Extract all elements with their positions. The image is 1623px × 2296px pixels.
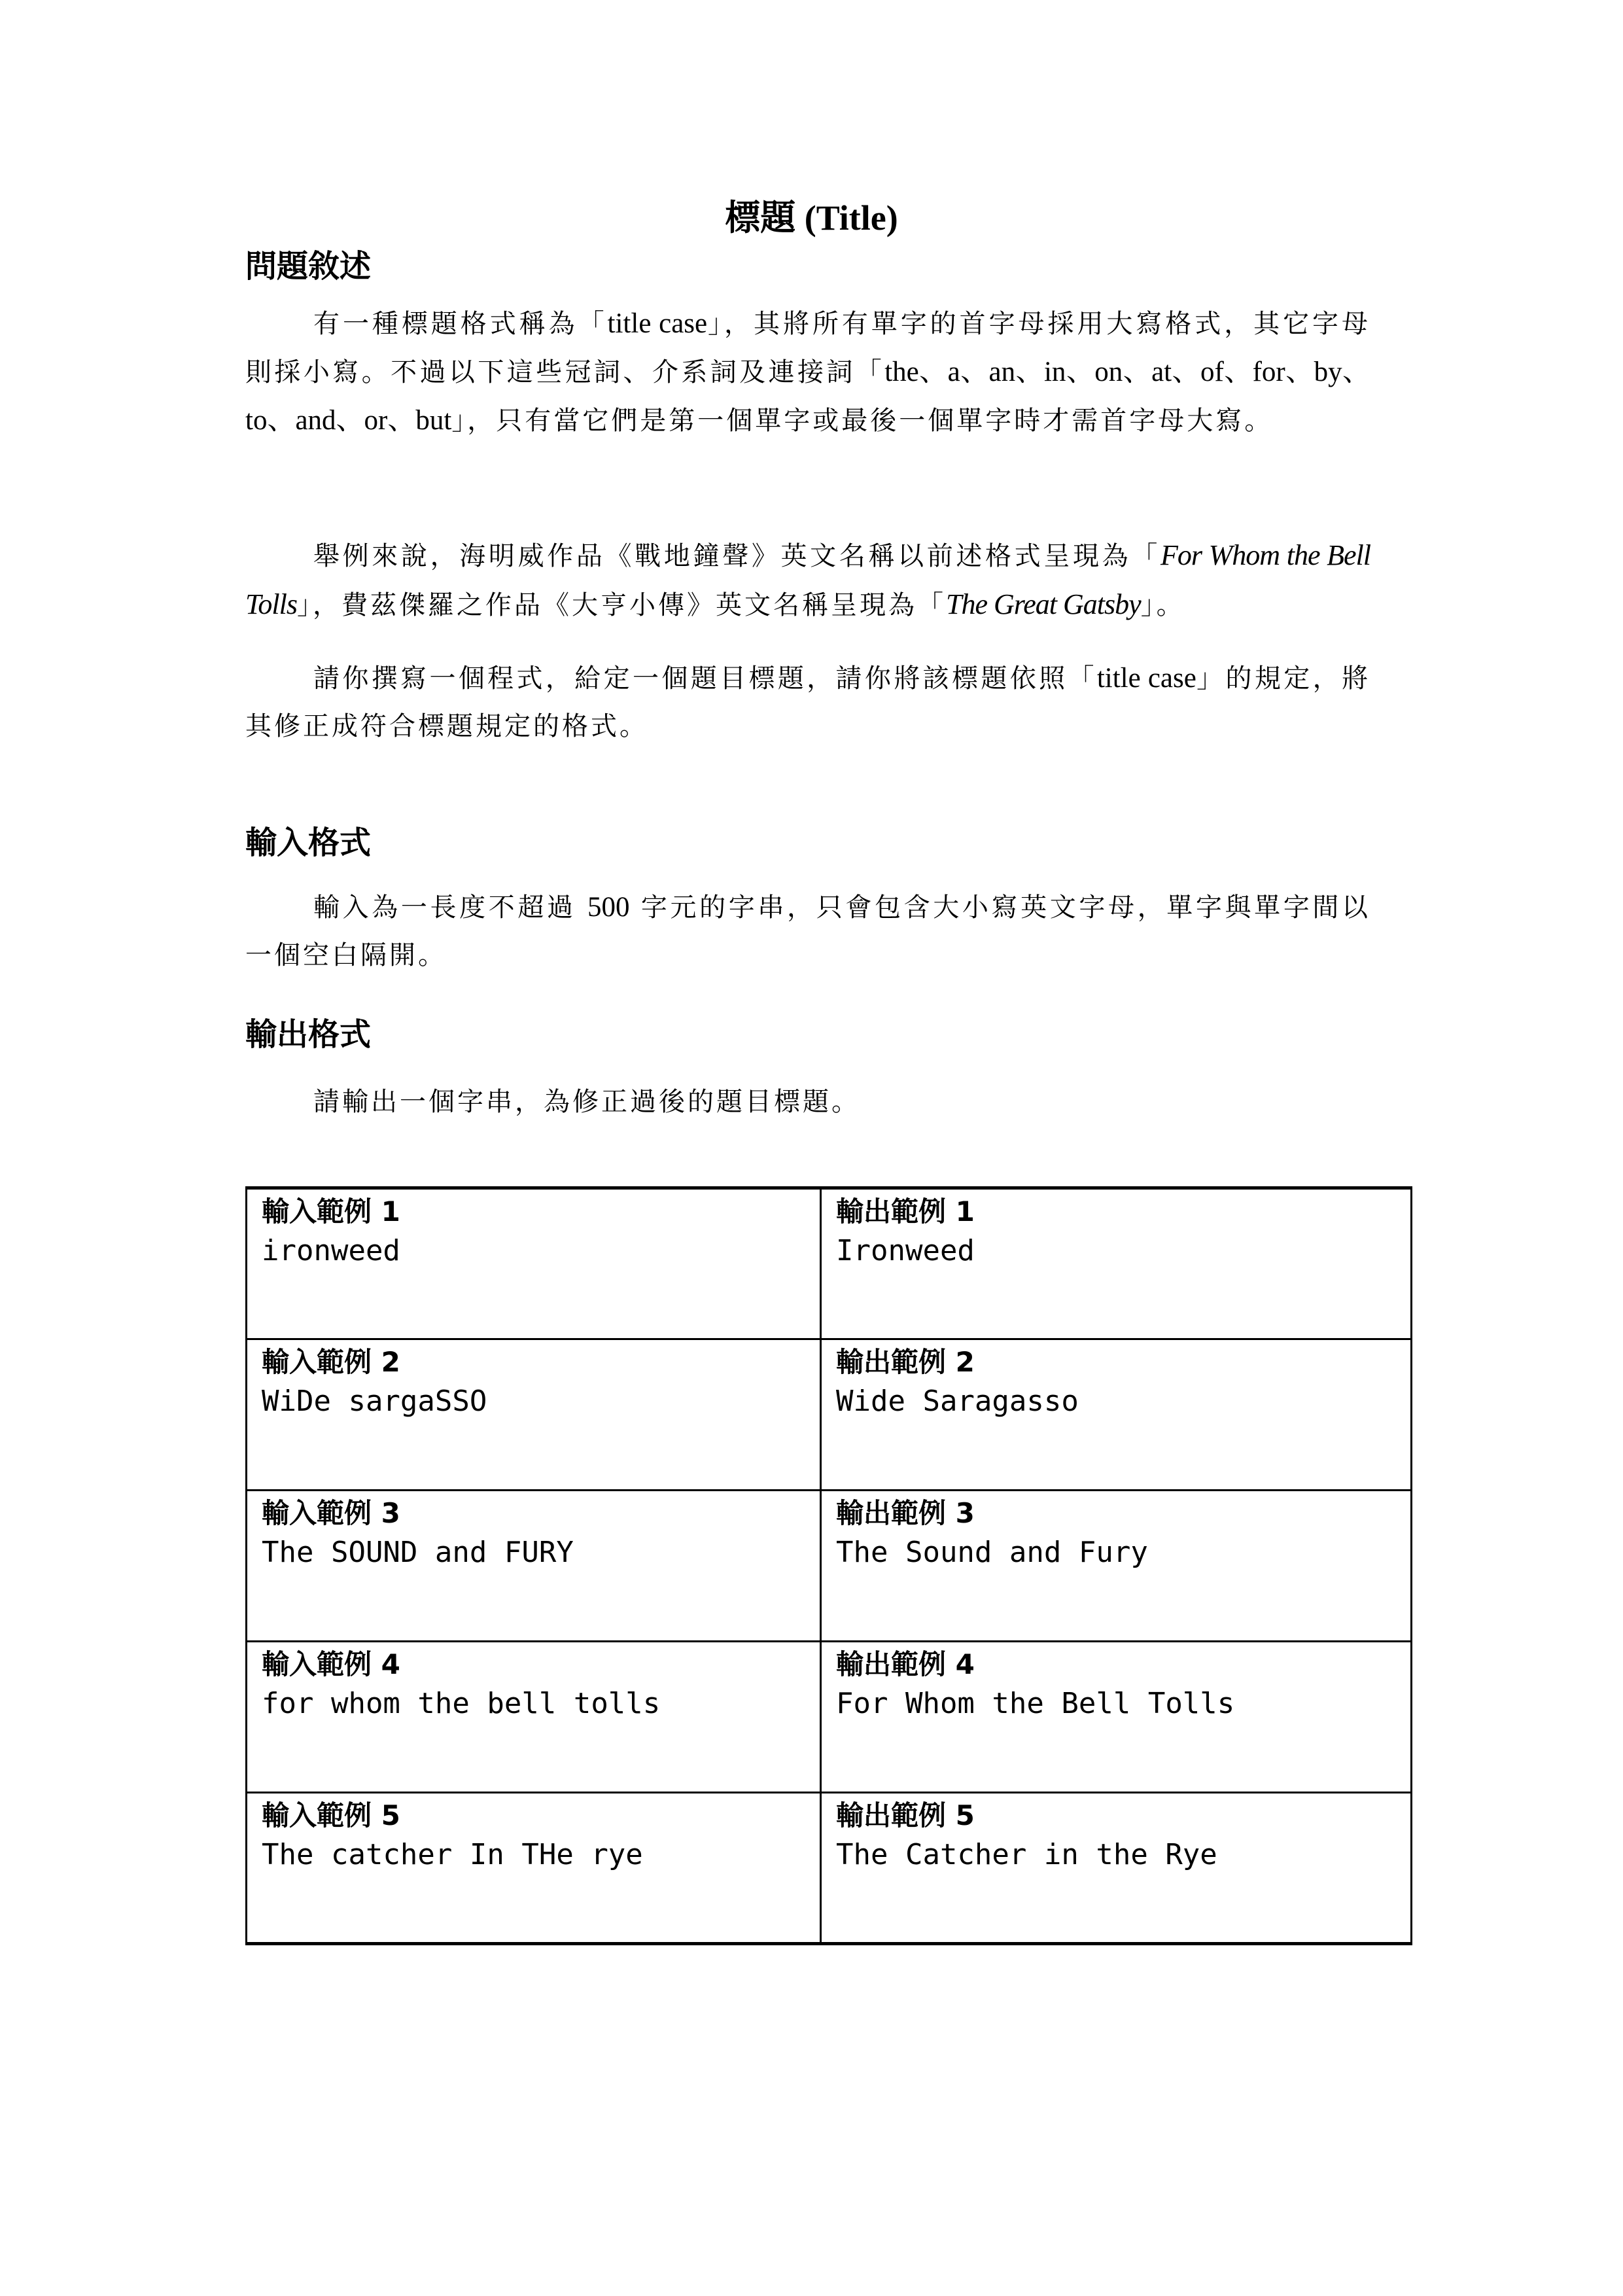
output-format-text: 請輸出一個字串，為修正過後的題目標題。 (245, 1078, 1370, 1126)
sample-input-label: 輸入範例 4 (262, 1646, 805, 1683)
table-row: 輸入範例 1 ironweed 輸出範例 1 Ironweed (247, 1188, 1412, 1339)
text-run-title-case: title case (608, 308, 708, 339)
input-format-text: 輸入為一長度不超過 500 字元的字串，只會包含大小寫英文字母，單字與單字間以一… (245, 883, 1370, 980)
text-run: 舉例來說，海明威作品《戰地鐘聲》英文名稱以前述格式呈現為「 (313, 541, 1161, 571)
sample-input-label: 輸入範例 5 (262, 1797, 805, 1834)
text-run: 」，費茲傑羅之作品《大亨小傳》英文名稱呈現為「 (297, 590, 946, 620)
description-paragraph-1: 有一種標題格式稱為「title case」，其將所有單字的首字母採用大寫格式，其… (245, 300, 1370, 445)
description-heading: 問題敘述 (245, 247, 371, 286)
sample-input-value: ironweed (262, 1230, 805, 1272)
sample-io-table: 輸入範例 1 ironweed 輸出範例 1 Ironweed 輸入範例 2 W… (245, 1186, 1412, 1945)
italic-book-title: The Great Gatsby (946, 588, 1141, 620)
text-run: 」。 (1141, 590, 1185, 620)
sample-input-label: 輸入範例 1 (262, 1193, 805, 1230)
max-length-value: 500 (587, 892, 630, 923)
sample-output-cell: 輸出範例 4 For Whom the Bell Tolls (821, 1642, 1412, 1793)
text-run: 請你撰寫一個程式，給定一個題目標題，請你將該標題依照「 (313, 663, 1097, 694)
sample-input-value: The SOUND and FURY (262, 1532, 805, 1574)
sample-output-value: Ironweed (836, 1230, 1396, 1272)
sample-output-cell: 輸出範例 3 The Sound and Fury (821, 1491, 1412, 1642)
description-paragraph-3: 請你撰寫一個程式，給定一個題目標題，請你將該標題依照「title case」的規… (245, 654, 1370, 751)
sample-input-value: WiDe sargaSSO (262, 1381, 805, 1422)
sample-output-value: Wide Saragasso (836, 1381, 1396, 1422)
sample-output-label: 輸出範例 3 (836, 1495, 1396, 1532)
sample-output-cell: 輸出範例 2 Wide Saragasso (821, 1339, 1412, 1491)
table-row: 輸入範例 5 The catcher In THe rye 輸出範例 5 The… (247, 1793, 1412, 1944)
text-run-title-case: title case (1097, 663, 1196, 694)
sample-output-value: The Catcher in the Rye (836, 1834, 1396, 1876)
table-row: 輸入範例 3 The SOUND and FURY 輸出範例 3 The Sou… (247, 1491, 1412, 1642)
sample-output-cell: 輸出範例 5 The Catcher in the Rye (821, 1793, 1412, 1944)
description-paragraph-2: 舉例來說，海明威作品《戰地鐘聲》英文名稱以前述格式呈現為「For Whom th… (245, 531, 1370, 629)
text-run: 」，只有當它們是第一個單字或最後一個單字時才需首字母大寫。 (451, 406, 1273, 436)
sample-input-cell: 輸入範例 3 The SOUND and FURY (247, 1491, 821, 1642)
sample-output-label: 輸出範例 1 (836, 1193, 1396, 1230)
sample-output-value: The Sound and Fury (836, 1532, 1396, 1574)
text-run: 輸入為一長度不超過 (313, 892, 576, 923)
sample-input-cell: 輸入範例 5 The catcher In THe rye (247, 1793, 821, 1944)
sample-input-cell: 輸入範例 2 WiDe sargaSSO (247, 1339, 821, 1491)
sample-input-cell: 輸入範例 1 ironweed (247, 1188, 821, 1339)
document-page: 標題 (Title) 問題敘述 有一種標題格式稱為「title case」，其將… (0, 0, 1623, 2296)
sample-output-label: 輸出範例 5 (836, 1797, 1396, 1834)
sample-output-value: For Whom the Bell Tolls (836, 1683, 1396, 1725)
output-format-heading: 輸出格式 (245, 1015, 371, 1054)
page-title: 標題 (Title) (0, 195, 1623, 241)
table-row: 輸入範例 2 WiDe sargaSSO 輸出範例 2 Wide Saragas… (247, 1339, 1412, 1491)
sample-input-value: for whom the bell tolls (262, 1683, 805, 1725)
sample-input-label: 輸入範例 2 (262, 1344, 805, 1381)
sample-output-label: 輸出範例 2 (836, 1344, 1396, 1381)
text-run: 有一種標題格式稱為「 (313, 309, 608, 339)
sample-input-value: The catcher In THe rye (262, 1834, 805, 1876)
sample-output-label: 輸出範例 4 (836, 1646, 1396, 1683)
table-row: 輸入範例 4 for whom the bell tolls 輸出範例 4 Fo… (247, 1642, 1412, 1793)
sample-output-cell: 輸出範例 1 Ironweed (821, 1188, 1412, 1339)
sample-input-label: 輸入範例 3 (262, 1495, 805, 1532)
input-format-heading: 輸入格式 (245, 823, 371, 862)
sample-input-cell: 輸入範例 4 for whom the bell tolls (247, 1642, 821, 1793)
